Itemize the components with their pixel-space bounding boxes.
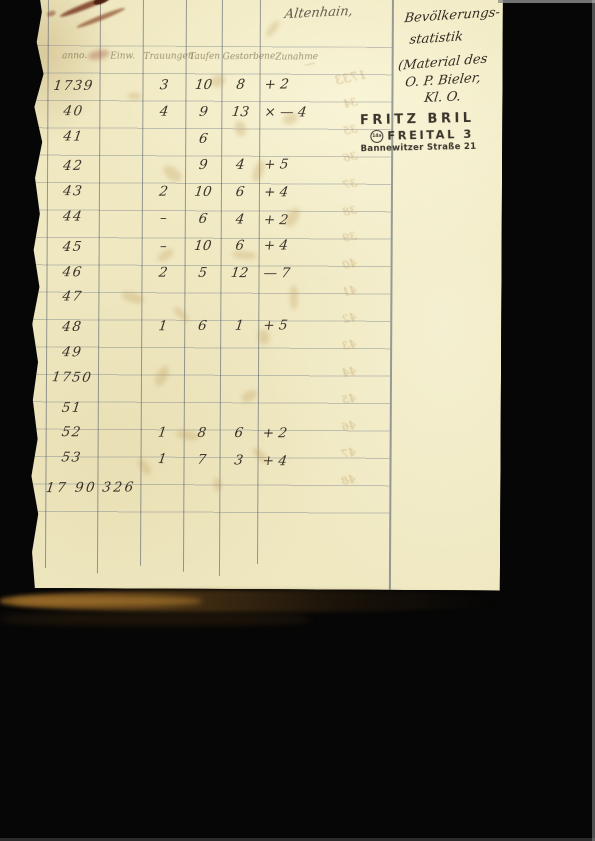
cell-marriages: – [141,210,187,229]
cell-marriages [139,479,184,497]
cell-deaths: 3 [218,452,259,471]
cell-deaths [219,398,259,416]
fritz-bril-stamp: FRITZ BRIL 14a FREITAL 3 Bannewitzer Str… [360,111,477,154]
cell-year: 48 [45,319,99,337]
cell-marriages [140,290,186,309]
cell-deaths: 8 [220,77,260,95]
cell-col2 [98,158,143,176]
cell-year: 1739 [46,78,100,96]
cell-col2 [97,319,142,337]
cell-year: 45 [46,239,100,257]
header-3: Taufen [187,52,223,66]
cell-col2 [97,264,142,282]
cell-deaths: 6 [220,184,260,202]
cell-year: 1750 [45,369,100,388]
cell-marriages: 1 [140,318,185,336]
cell-year: 40 [46,103,100,121]
cell-marriages [140,345,185,363]
header-2: Trauungen [144,51,186,66]
cell-baptisms: 9 [184,157,222,175]
cell-col2: 326 [96,479,141,497]
cell-year: 53 [44,449,99,468]
cell-marriages [141,129,187,148]
smudge [264,19,281,39]
place-annotation: Altenhain, [284,4,354,22]
cell-baptisms [183,398,221,416]
cell-col2 [98,129,144,148]
header-4: Gestorbene [223,52,261,66]
cell-col2 [98,184,143,202]
cell-deaths [219,372,260,391]
cell-deaths: 6 [219,425,259,443]
cell-marriages: 3 [141,77,186,95]
cell-year: 17 90 [44,480,98,498]
cell-col2 [96,450,142,469]
postal-district-icon: 14a [370,129,383,142]
scan-light-band-faint [0,613,310,625]
scanner-edge-top [498,0,595,3]
cell-col2 [98,103,143,121]
notes-line-2: statistik [409,29,464,47]
cell-year: 44 [46,208,101,227]
cell-col2 [97,344,142,362]
cell-deaths: 13 [220,104,260,122]
stamp-street: Bannewitzer Straße 21 [361,142,477,154]
cell-baptisms: 10 [184,184,222,202]
cell-col2 [97,425,142,443]
cell-deaths: 12 [219,265,259,283]
scanned-document: Altenhain, Bevölkerungs- statistik (Mate… [0,0,595,841]
cell-col2 [98,209,144,228]
smudge [290,285,298,310]
cell-baptisms: 6 [184,130,223,149]
cell-year: 52 [45,424,99,442]
cell-marriages: 2 [140,264,185,282]
cell-year: 47 [45,288,100,307]
notes-line-5: Kl. O. [423,89,461,106]
notes-line-4: O. P. Bieler, [404,71,481,91]
cell-col2 [97,370,143,389]
cell-deaths: 1 [219,318,259,336]
cell-baptisms [183,371,222,390]
cell-deaths: 4 [220,211,261,230]
cell-year: 43 [46,183,100,201]
cell-baptisms: 5 [183,264,221,282]
cell-marriages [140,399,185,417]
cell-baptisms: 7 [182,452,221,471]
cell-col2 [98,238,143,256]
cell-baptisms: 6 [184,210,223,229]
stamp-name: FRITZ BRIL [360,111,476,128]
cell-year: 42 [46,158,100,176]
cell-year: 41 [46,128,101,147]
ledger-paper-sheet: Altenhain, Bevölkerungs- statistik (Mate… [30,0,503,590]
cell-year: 49 [45,344,99,362]
cell-deaths [219,345,259,363]
cell-marriages: 4 [141,103,186,121]
cell-deaths [218,479,258,497]
cell-year: 46 [45,264,99,282]
smudge [127,92,141,99]
cell-baptisms [183,345,221,363]
scan-light-band-core [12,596,202,606]
cell-baptisms: 9 [184,104,222,122]
stamp-city: FREITAL 3 [387,127,474,143]
cell-col2 [97,399,142,417]
cell-deaths [219,292,260,311]
cell-year: 51 [45,399,99,417]
ink-stain [92,0,111,7]
cell-baptisms [183,291,222,310]
cell-marriages: 2 [141,184,186,202]
cell-baptisms: 10 [184,238,222,256]
notes-line-1: Bevölkerungs- [404,5,501,26]
